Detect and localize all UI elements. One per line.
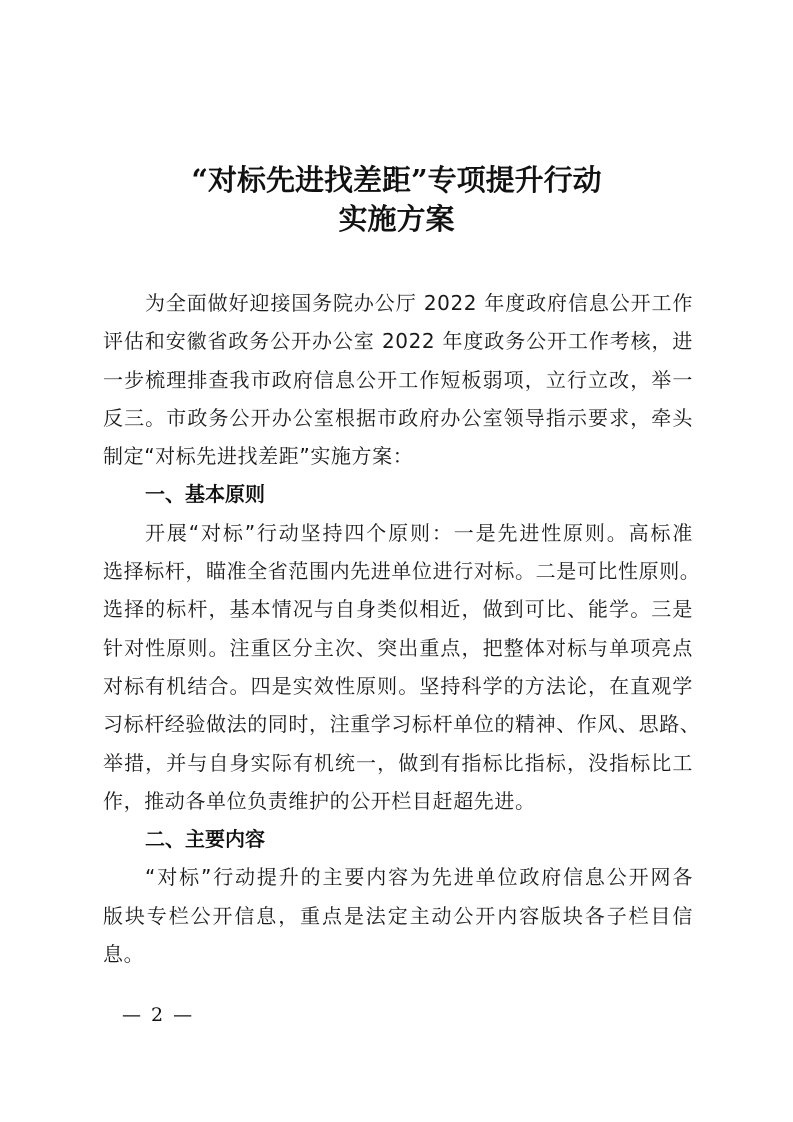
text-line: 针对性原则。注重区分主次、突出重点，把整体对标与单项亮点	[103, 629, 693, 667]
text-line: 习标杆经验做法的同时，注重学习标杆单位的精神、作风、思路、	[103, 705, 693, 743]
section-heading-basic-principles: 一、基本原则	[103, 475, 693, 513]
text-line: 对标有机结合。四是实效性原则。坚持科学的方法论，在直观学	[103, 667, 693, 705]
text-line: 举措，并与自身实际有机统一，做到有指标比指标，没指标比工	[103, 744, 693, 782]
text-line: “对标”行动提升的主要内容为先进单位政府信息公开网各	[103, 858, 693, 896]
text-line: 选择的标杆，基本情况与自身类似相近，做到可比、能学。三是	[103, 590, 693, 628]
text-line: 版块专栏公开信息，重点是法定主动公开内容版块各子栏目信	[103, 897, 693, 935]
text-line: 为全面做好迎接国务院办公厅 2022 年度政府信息公开工作	[103, 284, 693, 322]
text-line: 开展“对标”行动坚持四个原则：一是先进性原则。高标准	[103, 514, 693, 552]
document-title-line-2: 实施方案	[0, 199, 793, 239]
text-line: 评估和安徽省政务公开办公室 2022 年度政务公开工作考核，进	[103, 322, 693, 360]
text-line: 选择标杆，瞄准全省范围内先进单位进行对标。二是可比性原则。	[103, 552, 693, 590]
text-line: 一步梳理排查我市政府信息公开工作短板弱项，立行立改，举一	[103, 361, 693, 399]
text-line: 作，推动各单位负责维护的公开栏目赶超先进。	[103, 782, 693, 820]
intro-paragraph: 为全面做好迎接国务院办公厅 2022 年度政府信息公开工作 评估和安徽省政务公开…	[103, 284, 693, 475]
document-body: 为全面做好迎接国务院办公厅 2022 年度政府信息公开工作 评估和安徽省政务公开…	[103, 284, 693, 973]
text-line: 息。	[103, 935, 693, 973]
page-number: — 2 —	[122, 1004, 194, 1026]
basic-principles-paragraph: 开展“对标”行动坚持四个原则：一是先进性原则。高标准 选择标杆，瞄准全省范围内先…	[103, 514, 693, 820]
text-line: 制定“对标先进找差距”实施方案：	[103, 437, 693, 475]
document-title-line-1: “对标先进找差距”专项提升行动	[0, 160, 793, 200]
section-heading-main-content: 二、主要内容	[103, 820, 693, 858]
main-content-paragraph: “对标”行动提升的主要内容为先进单位政府信息公开网各 版块专栏公开信息，重点是法…	[103, 858, 693, 973]
text-line: 反三。市政务公开办公室根据市政府办公室领导指示要求，牵头	[103, 399, 693, 437]
document-page: “对标先进找差距”专项提升行动 实施方案 为全面做好迎接国务院办公厅 2022 …	[0, 0, 793, 1122]
